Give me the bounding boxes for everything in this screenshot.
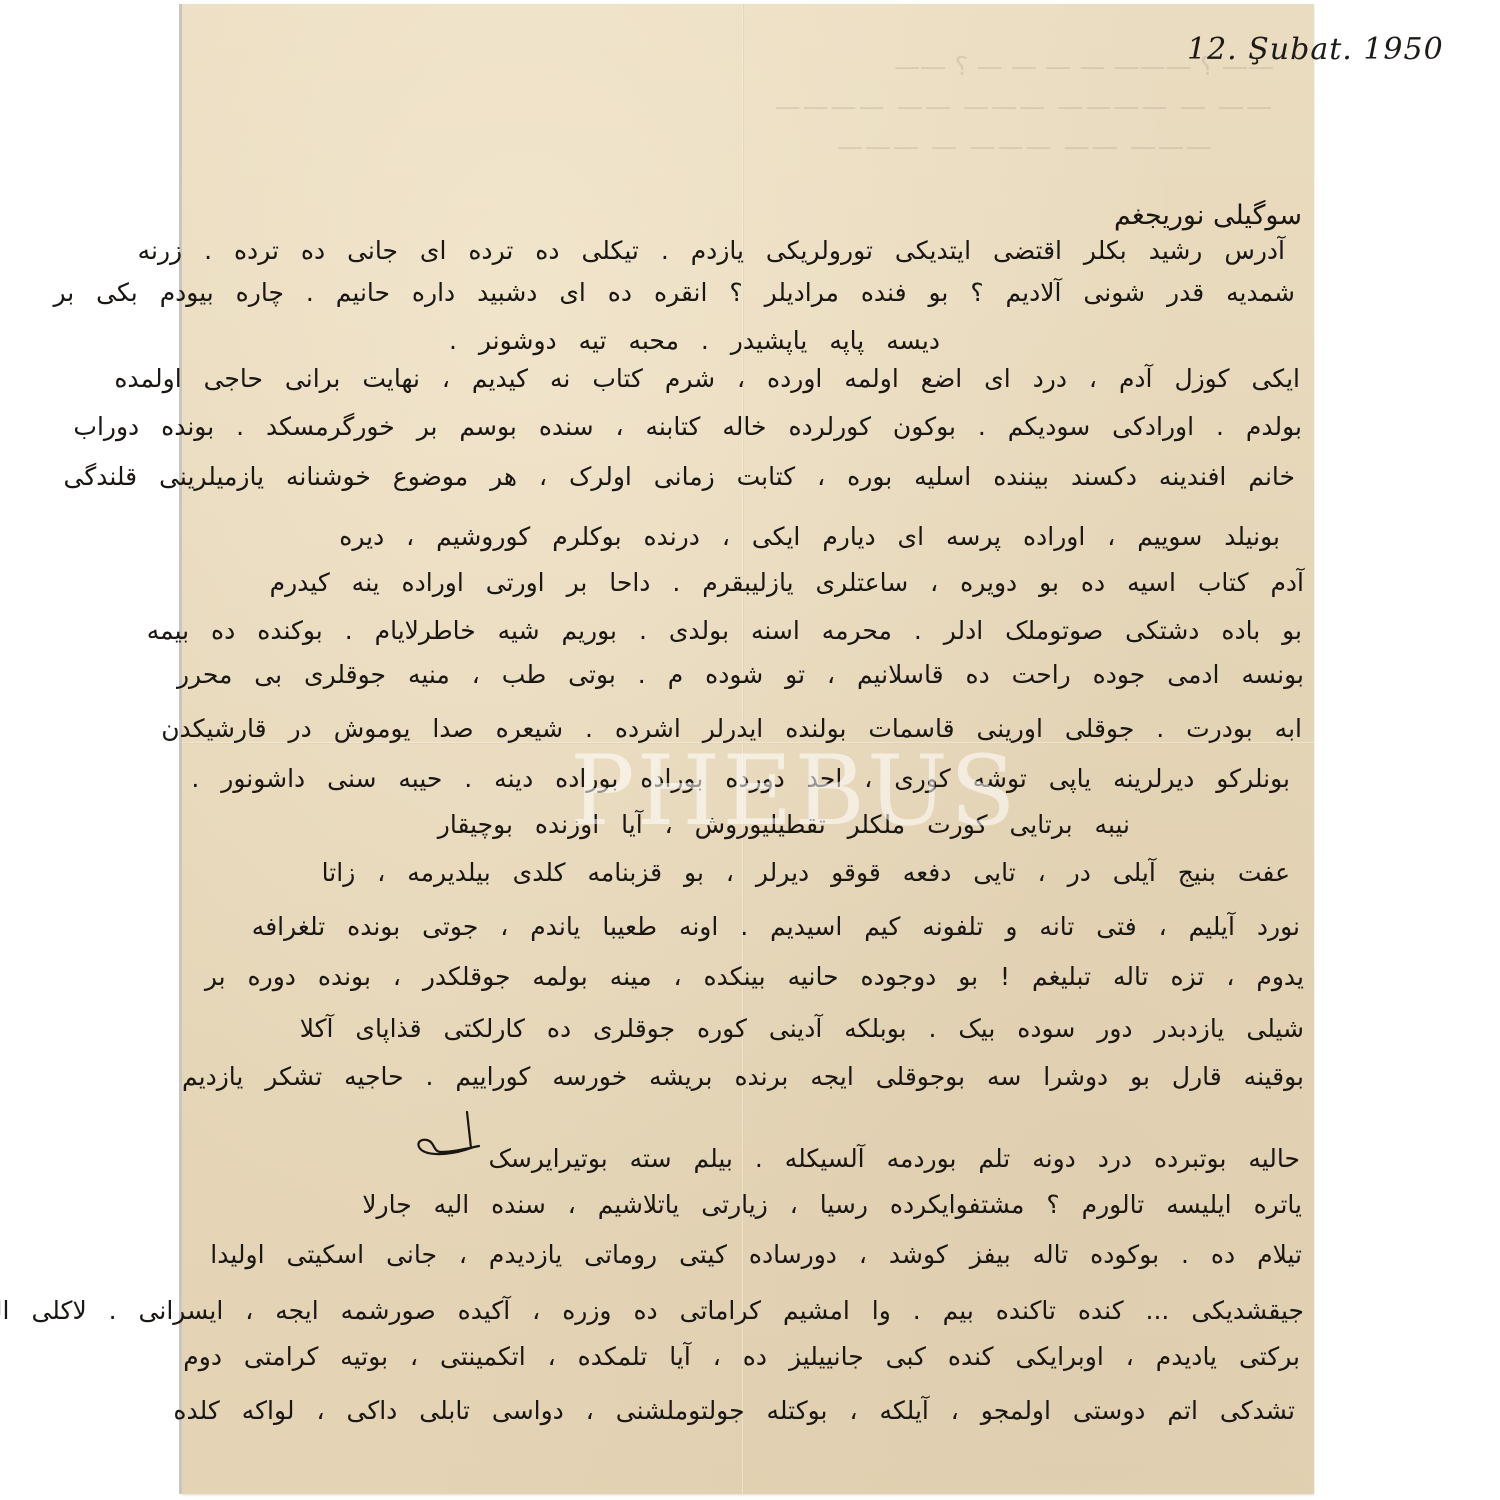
signature-flourish	[405, 1110, 485, 1165]
letter-line: بونیلد سوییم ، اوراده پرسه ای دیارم ایکی…	[339, 522, 1280, 551]
letter-line: بوقینه قارل بو دوشرا سه بوجوقلی ایجه برن…	[182, 1062, 1304, 1091]
letter-line: بو باده دشتکی صوتوملک ادلر . محرمه اسنه …	[147, 616, 1302, 645]
letter-line: ابه بودرت . جوقلی اورینی قاسمات بولنده ا…	[161, 714, 1302, 743]
letter-line: جیقشدیکی ... کنده تاکنده بیم . وا امشیم …	[0, 1296, 1304, 1325]
vertical-fold-line	[742, 4, 744, 1494]
letter-line: شیلی یازدبدر دور سوده بیک . بوبلکه آدینی…	[300, 1014, 1304, 1043]
salutation: سوگیلی نوریجغم	[1114, 200, 1302, 231]
letter-line: یدوم ، تزه تاله تبلیغم ! بو دوجوده حانیه…	[205, 962, 1304, 991]
letter-line: خانم افندینه دکسند بیننده اسلیه بوره ، ک…	[63, 462, 1295, 491]
bleed-through-text: ——— —— ——— — ———	[837, 132, 1214, 162]
letter-line: ایکی کوزل آدم ، درد ای اضع اولمه اورده ،…	[114, 364, 1300, 393]
letter-line: نیبه برتایی کورت ملکلر تقطیلیوروش ، آیا …	[438, 810, 1130, 839]
letter-line: تیلام ده . بوکوده تاله بیفز کوشد ، دورسا…	[210, 1240, 1302, 1269]
letter-line: بونسه ادمی جوده راحت ده قاسلانیم ، تو شو…	[177, 660, 1304, 689]
letter-line: دیسه پاپه یاپشیدر . محبه تیه دوشونر .	[449, 326, 940, 355]
letter-line: آدرس رشید بکلر اقتضی ایتدیکی تورولریکی ی…	[138, 236, 1285, 265]
letter-line: شمدیه قدر شونی آلادیم ؟ بو فنده مرادیلر …	[53, 278, 1295, 307]
letter-date: 12. Şubat. 1950	[1187, 32, 1444, 67]
scan-background: —— ؟ ——— — — — — ؟ —— —— — ———— ——— —— —…	[0, 0, 1500, 1500]
letter-line: بونلرکو دیرلرینه یاپی توشه کوری ، احد دو…	[191, 764, 1290, 793]
letter-line: برکتی یادیدم ، اوبرایکی کنده کبی جانییلی…	[183, 1342, 1300, 1371]
letter-line: تشدکی اتم دوستی اولمجو ، آیلکه ، بوکتله …	[173, 1396, 1295, 1425]
letter-line: نورد آیلیم ، فتی تانه و تلفونه کیم اسیدی…	[252, 912, 1300, 941]
letter-line: آدم کتاب اسیه ده بو دویره ، ساعتلری یازل…	[270, 568, 1304, 597]
letter-line: یاتره ایلیسه تالورم ؟ مشتفوایکرده رسیا ،…	[362, 1190, 1302, 1219]
bleed-through-text: —— — ———— ——— —— ————	[775, 92, 1274, 122]
letter-line: بولدم . اورادکی سودیکم . بوکون کورلرده خ…	[73, 412, 1302, 441]
letter-line: حالیه بوتبرده درد دونه تلم بوردمه آلسیکل…	[489, 1144, 1301, 1173]
letter-line: عفت بنیج آیلی در ، تایی دفعه قوقو دیرلر …	[322, 858, 1290, 887]
